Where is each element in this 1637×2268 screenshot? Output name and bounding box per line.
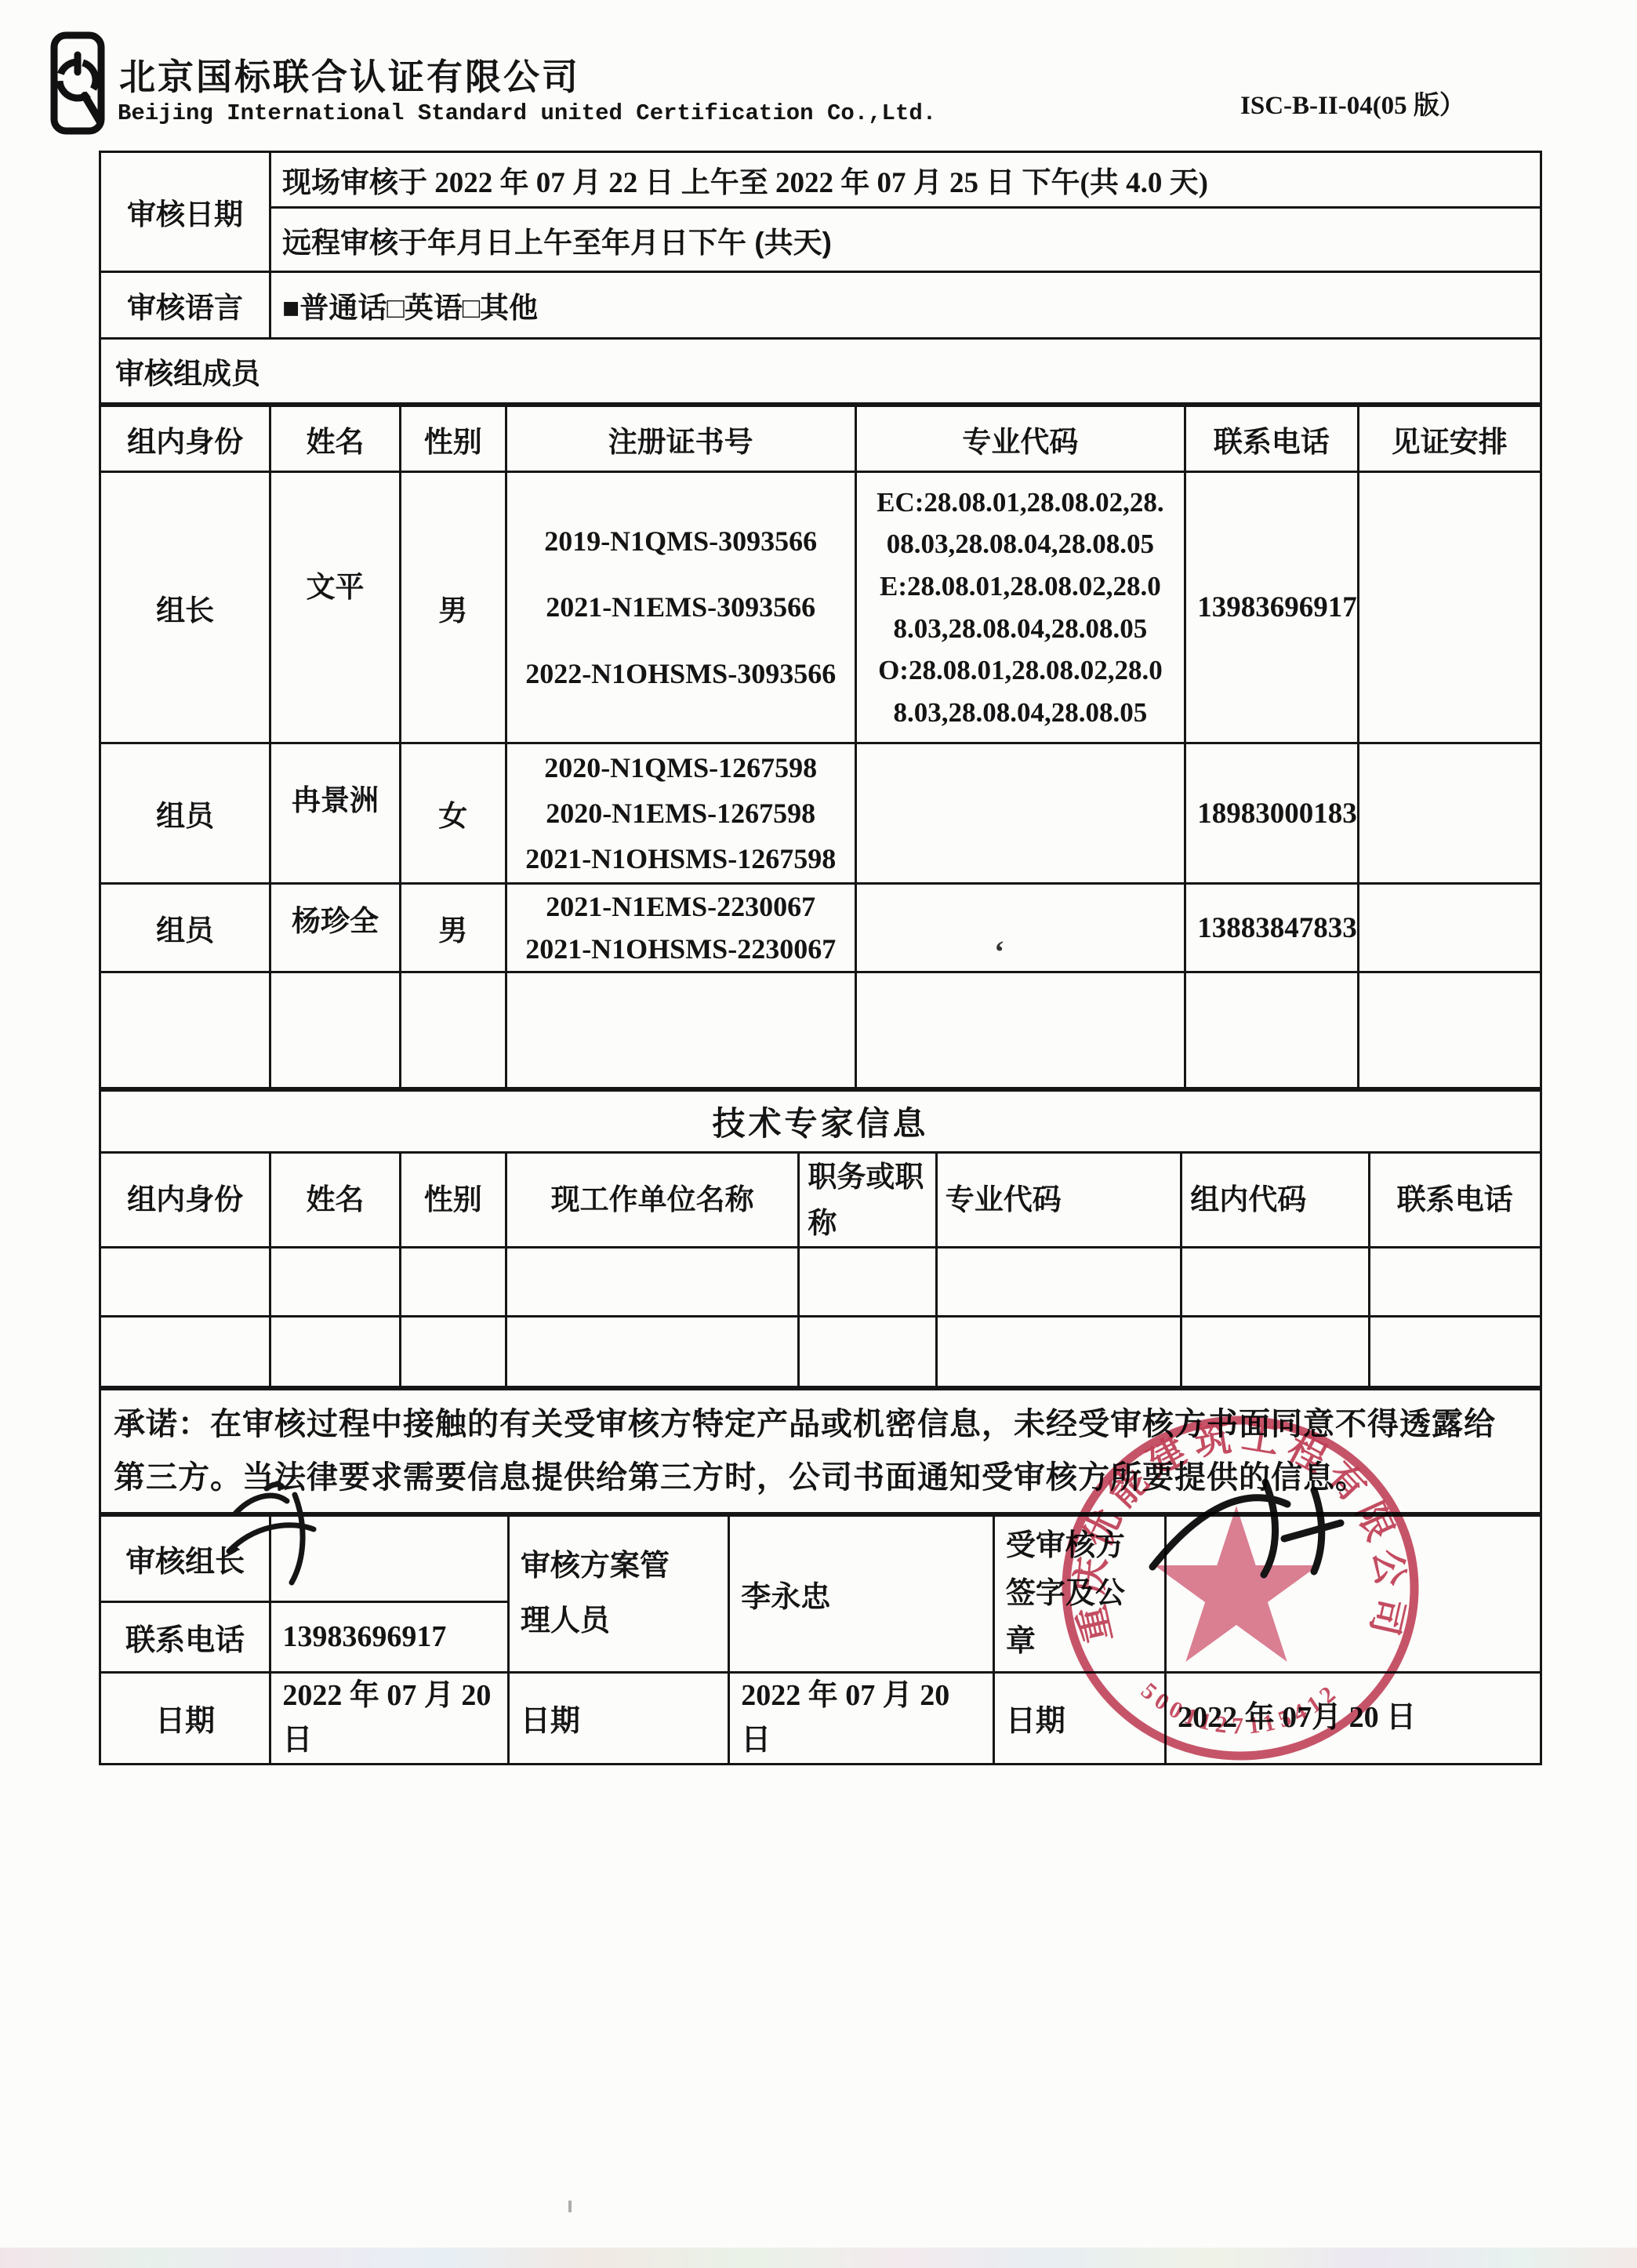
- audit-date-label: 审核日期: [100, 152, 270, 272]
- audit-leader-label: 审核组长: [100, 1515, 270, 1601]
- date-label-3: 日期: [993, 1672, 1165, 1764]
- document-header: 北京国标联合认证有限公司 Beijing International Stand…: [0, 0, 1637, 151]
- col-header-phone: 联系电话: [1185, 406, 1358, 472]
- member-gender: 男: [400, 472, 506, 743]
- date-value-1: 2022 年 07 月 20 日: [270, 1672, 508, 1764]
- col-header-gender: 性别: [400, 1153, 506, 1248]
- member-phone: [1185, 972, 1358, 1089]
- scan-edge-artifact: [0, 2248, 1637, 2268]
- audit-language-label: 审核语言: [100, 272, 270, 339]
- expert-row-empty: [100, 1317, 1541, 1387]
- member-role: 组长: [100, 472, 270, 743]
- col-header-cert-no: 注册证书号: [506, 406, 855, 472]
- member-role: 组员: [100, 743, 270, 884]
- member-gender: 男: [400, 884, 506, 972]
- member-specialty-codes: EC:28.08.01,28.08.02,28. 08.03,28.08.04,…: [855, 472, 1185, 743]
- audit-info-table: 审核日期 现场审核于 2022 年 07 月 22 日 上午至 2022 年 0…: [99, 151, 1542, 405]
- company-name-cn: 北京国标联合认证有限公司: [119, 49, 580, 100]
- scheme-manager-name: 李永忠: [729, 1515, 994, 1672]
- auditee-label: 受审核方签字及公章: [993, 1515, 1165, 1672]
- member-witness: [1358, 884, 1541, 972]
- col-header-employer: 现工作单位名称: [506, 1153, 799, 1248]
- auditee-signature-stamp-cell: [1166, 1515, 1541, 1672]
- member-specialty-codes: ʻ: [855, 884, 1185, 972]
- team-section-label: 审核组成员: [100, 339, 1541, 404]
- signoff-table: 审核组长 审核方案管理人员 李永忠 受审核方签字及公章 联系电话 1398369…: [99, 1514, 1542, 1765]
- col-header-title: 职务或职称: [799, 1153, 936, 1248]
- member-specialty-codes: [855, 743, 1185, 884]
- member-witness: [1358, 972, 1541, 1089]
- expert-table-header-row: 组内身份 姓名 性别 现工作单位名称 职务或职称 专业代码 组内代码 联系电话: [100, 1153, 1541, 1248]
- member-name: 文平: [270, 472, 400, 743]
- technical-expert-table: 技术专家信息 组内身份 姓名 性别 现工作单位名称 职务或职称 专业代码 组内代…: [99, 1089, 1542, 1388]
- expert-row-empty: [100, 1248, 1541, 1317]
- expert-section-title: 技术专家信息: [100, 1091, 1541, 1153]
- member-witness: [1358, 472, 1541, 743]
- commitment-table: 承诺：在审核过程中接触的有关受审核方特定产品或机密信息，未经受审核方书面同意不得…: [99, 1388, 1542, 1514]
- date-label-1: 日期: [100, 1672, 270, 1764]
- leader-phone-label: 联系电话: [100, 1601, 270, 1672]
- member-cert-numbers: 2019-N1QMS-3093566 2021-N1EMS-3093566 20…: [506, 472, 855, 743]
- member-cert-numbers: 2021-N1EMS-2230067 2021-N1OHSMS-2230067: [506, 884, 855, 972]
- col-header-specialty-code: 专业代码: [855, 406, 1185, 472]
- commitment-text: 承诺：在审核过程中接触的有关受审核方特定产品或机密信息，未经受审核方书面同意不得…: [100, 1390, 1541, 1513]
- col-header-gender: 性别: [400, 406, 506, 472]
- team-table-header-row: 组内身份 姓名 性别 注册证书号 专业代码 联系电话 见证安排: [100, 406, 1541, 472]
- team-row-member-2: 组员 杨珍全 男 2021-N1EMS-2230067 2021-N1OHSMS…: [100, 884, 1541, 972]
- audit-leader-signature-cell: [270, 1515, 508, 1601]
- team-row-leader: 组长 文平 男 2019-N1QMS-3093566 2021-N1EMS-30…: [100, 472, 1541, 743]
- scanned-audit-form-page: 北京国标联合认证有限公司 Beijing International Stand…: [0, 0, 1637, 2268]
- scan-speck-artifact: [568, 2201, 572, 2212]
- col-header-name: 姓名: [270, 406, 400, 472]
- onsite-audit-text: 现场审核于 2022 年 07 月 22 日 上午至 2022 年 07 月 2…: [270, 152, 1541, 208]
- member-name: 杨珍全: [270, 884, 400, 972]
- member-phone: 13983696917: [1185, 472, 1358, 743]
- team-row-member-1: 组员 冉景洲 女 2020-N1QMS-1267598 2020-N1EMS-1…: [100, 743, 1541, 884]
- remote-audit-text: 远程审核于年月日上午至年月日下午 (共天): [270, 208, 1541, 272]
- team-row-empty: [100, 972, 1541, 1089]
- member-name: [270, 972, 400, 1089]
- audit-team-table: 组内身份 姓名 性别 注册证书号 专业代码 联系电话 见证安排 组长 文平 男 …: [99, 405, 1542, 1089]
- member-cert-numbers: 2020-N1QMS-1267598 2020-N1EMS-1267598 20…: [506, 743, 855, 884]
- date-label-2: 日期: [508, 1672, 728, 1764]
- col-header-witness: 见证安排: [1358, 406, 1541, 472]
- member-name: 冉景洲: [270, 743, 400, 884]
- col-header-role: 组内身份: [100, 406, 270, 472]
- col-header-name: 姓名: [270, 1153, 400, 1248]
- date-value-3: 2022 年 07月 20 日: [1166, 1672, 1541, 1764]
- member-gender: 女: [400, 743, 506, 884]
- form-code: ISC-B-II-04(05 版）: [1240, 85, 1465, 122]
- member-role: 组员: [100, 884, 270, 972]
- col-header-team-code: 组内代码: [1181, 1153, 1369, 1248]
- certification-body-logo-icon: [50, 31, 105, 135]
- col-header-phone: 联系电话: [1369, 1153, 1541, 1248]
- audit-language-value: ■普通话□英语□其他: [270, 272, 1541, 339]
- member-cert-numbers: [506, 972, 855, 1089]
- member-role: [100, 972, 270, 1089]
- leader-phone-value: 13983696917: [270, 1601, 508, 1672]
- member-gender: [400, 972, 506, 1089]
- company-name-en: Beijing International Standard united Ce…: [118, 100, 936, 126]
- member-specialty-codes: [855, 972, 1185, 1089]
- col-header-role: 组内身份: [100, 1153, 270, 1248]
- member-witness: [1358, 743, 1541, 884]
- date-value-2: 2022 年 07 月 20 日: [729, 1672, 994, 1764]
- scheme-manager-label: 审核方案管理人员: [508, 1515, 728, 1672]
- col-header-specialty-code: 专业代码: [936, 1153, 1181, 1248]
- scan-stray-mark: ʻ: [994, 928, 1004, 972]
- member-phone: 13883847833: [1185, 884, 1358, 972]
- member-phone: 18983000183: [1185, 743, 1358, 884]
